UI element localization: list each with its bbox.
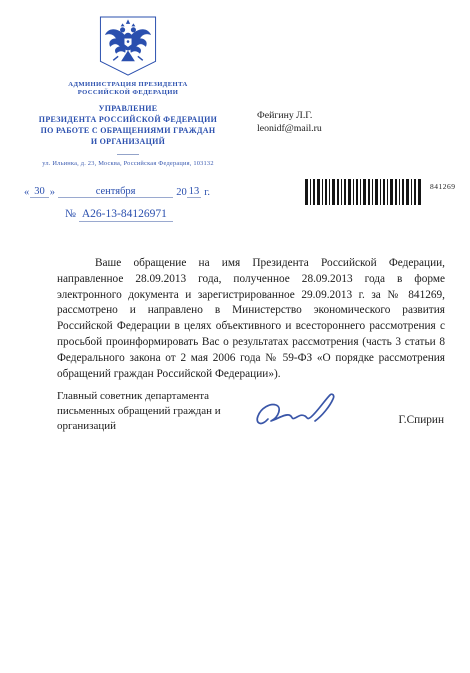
reference-label: № [65, 208, 76, 220]
signer-title-line3: организаций [57, 419, 262, 434]
handwritten-signature-icon [252, 389, 344, 433]
barcode-icon [305, 179, 422, 205]
barcode-number: 841269 [430, 182, 456, 191]
russian-coat-of-arms-icon [96, 15, 160, 78]
signer-title-line1: Главный советник департамента [57, 389, 262, 404]
date-open-quote: « [24, 187, 29, 198]
org-name-line1: АДМИНИСТРАЦИЯ ПРЕЗИДЕНТА [10, 81, 246, 89]
department-line2: ПРЕЗИДЕНТА РОССИЙСКОЙ ФЕДЕРАЦИИ [10, 114, 246, 125]
recipient-name: Фейгину Л.Г. [257, 110, 322, 123]
letterhead: АДМИНИСТРАЦИЯ ПРЕЗИДЕНТА РОССИЙСКОЙ ФЕДЕ… [10, 15, 246, 168]
date-day: 30 [30, 186, 49, 198]
date-century: 20 [176, 187, 187, 198]
body-paragraph: Ваше обращение на имя Президента Российс… [57, 256, 445, 382]
signer-title-line2: письменных обращений граждан и [57, 404, 262, 419]
org-name-line2: РОССИЙСКОЙ ФЕДЕРАЦИИ [10, 89, 246, 97]
department-line4: И ОРГАНИЗАЦИЙ [10, 136, 246, 147]
recipient-email: leonidf@mail.ru [257, 123, 322, 136]
department-name: УПРАВЛЕНИЕ ПРЕЗИДЕНТА РОССИЙСКОЙ ФЕДЕРАЦ… [10, 103, 246, 147]
letter-page: АДМИНИСТРАЦИЯ ПРЕЗИДЕНТА РОССИЙСКОЙ ФЕДЕ… [0, 0, 470, 673]
date-month: сентября [58, 186, 173, 198]
date-line: « 30 » сентября 20 13 г. [24, 186, 210, 198]
department-line1: УПРАВЛЕНИЕ [10, 103, 246, 114]
recipient-block: Фейгину Л.Г. leonidf@mail.ru [257, 110, 322, 135]
letterhead-divider [117, 154, 139, 155]
letterhead-address: ул. Ильинка, д. 23, Москва, Российская Ф… [10, 160, 246, 168]
date-year-suffix: г. [204, 187, 210, 198]
reference-number: А26-13-84126971 [79, 208, 173, 222]
date-close-quote: » [50, 187, 55, 198]
department-line3: ПО РАБОТЕ С ОБРАЩЕНИЯМИ ГРАЖДАН [10, 125, 246, 136]
barcode: 841269 [305, 179, 465, 205]
org-name: АДМИНИСТРАЦИЯ ПРЕЗИДЕНТА РОССИЙСКОЙ ФЕДЕ… [10, 81, 246, 97]
reference-line: № А26-13-84126971 [65, 208, 173, 220]
signer-title: Главный советник департамента письменных… [57, 389, 262, 433]
signer-name: Г.Спирин [399, 414, 444, 426]
date-year: 13 [187, 186, 202, 198]
